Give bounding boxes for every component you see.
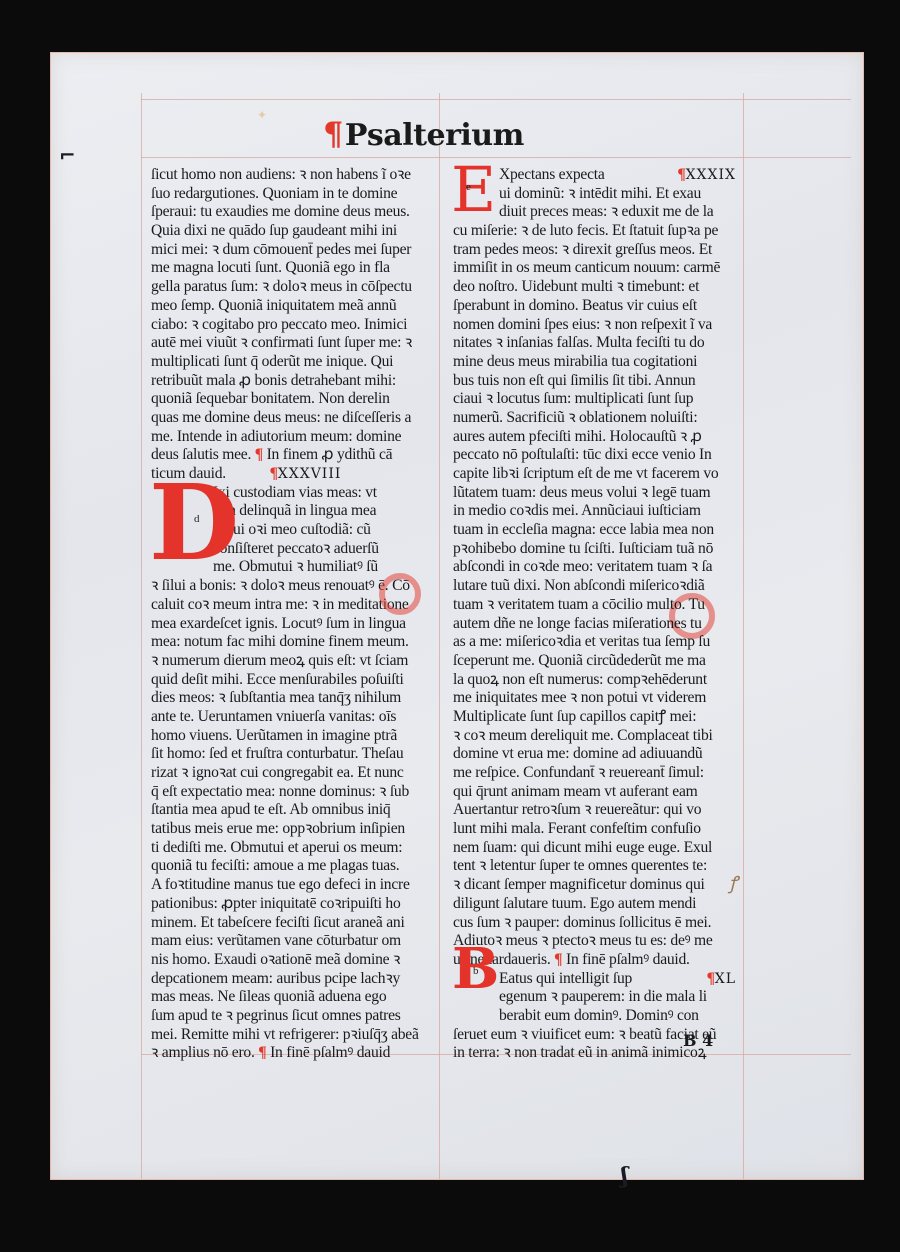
text-line: A foꝛtitudine manus tue ego defeci in in… bbox=[151, 876, 434, 895]
pilcrow-icon: ¶ bbox=[258, 1044, 266, 1061]
pilcrow-icon: ¶ bbox=[270, 465, 278, 482]
text-line: ſceperunt me. Quoniã circũdederũt me ma bbox=[453, 652, 736, 671]
psalm-heading: ¶XL bbox=[707, 970, 736, 989]
text-line: nis homo. Exaudi oꝛationē meã domine ꝛ bbox=[151, 951, 434, 970]
text-line: quoniã tu feciſti: amoue a me plagas tua… bbox=[151, 857, 434, 876]
text-line: tent ꝛ letentur ſuper te omnes querentes… bbox=[453, 857, 736, 876]
text-line: nitates ꝛ inſanias falſas. Multa feciſti… bbox=[453, 334, 736, 353]
text-line: pꝛohibebo domine tu ſciſti. Iuſticiam tu… bbox=[453, 540, 736, 559]
guide-letter: d bbox=[194, 513, 200, 525]
left-text-block-bottom: ꝛ ſilui a bonis: ꝛ doloꝛ meus renouatꝰ ē… bbox=[151, 577, 434, 1044]
text-line: domine vt erua me: domine ad adiuuandũ bbox=[453, 745, 736, 764]
verse-text: Eatus qui intelligit ſup bbox=[499, 970, 632, 987]
text-line: ciaui ꝛ locutus ſum: multiplicati ſunt ſ… bbox=[453, 390, 736, 409]
text-line: autem dñe ne longe facias miſerationes t… bbox=[453, 615, 736, 634]
text-line: nem ſuam: qui dicunt mihi euge euge. Exu… bbox=[453, 839, 736, 858]
decorated-initial-e: E bbox=[451, 159, 496, 221]
text-line: retribuũt mala ꝓ bonis detrahebant mihi: bbox=[151, 372, 434, 391]
margin-annotation: ꝭ bbox=[729, 871, 738, 895]
text-line: numerũ. Sacrificiũ ꝛ oblationem noluiſti… bbox=[453, 409, 736, 428]
left-column: ſicut homo non audiens: ꝛ non habens ĩ o… bbox=[151, 166, 434, 1063]
text-line: ciabo: ꝛ cogitabo pro peccato meo. Inimi… bbox=[151, 316, 434, 335]
text-line: ſum apud te ꝛ pegrinus ſicut omnes patre… bbox=[151, 1007, 434, 1026]
text-line: quoniã ſequebar bonitatem. Non derelin bbox=[151, 390, 434, 409]
text-line: tatibus meis erue me: oppꝛobrium inſipie… bbox=[151, 820, 434, 839]
red-ink-stain bbox=[379, 573, 421, 615]
text-line: in medio coꝛdis mei. Annũciaui iuſticiam bbox=[453, 502, 736, 521]
text-line: qui q̄runt animam meam vt auferant eam bbox=[453, 783, 736, 802]
text-line: me iniquitates mee ꝛ non potui vt videre… bbox=[453, 689, 736, 708]
text-line: multiplicati ſunt q̄ oderũt me inique. Q… bbox=[151, 353, 434, 372]
pilcrow-icon: ¶ bbox=[255, 446, 263, 463]
page-title: ¶Psalterium bbox=[323, 115, 524, 153]
text-line: lũtatem tuam: deus meus volui ꝛ legē tua… bbox=[453, 484, 736, 503]
text-line: Quia dixi ne quādo ſup gaudeant mihi ini bbox=[151, 222, 434, 241]
text-line: mea exardeſcet ignis. Locutꝰ ſum in ling… bbox=[151, 615, 434, 634]
text-line: quid deſit mihi. Ecce menſurabiles poſui… bbox=[151, 671, 434, 690]
ruling-line-left bbox=[141, 93, 142, 1179]
text-line: me reſpice. Confundant̄ ꝛ reuereant̄ ſim… bbox=[453, 764, 736, 783]
text-line: dies meos: ꝛ ſubſtantia mea tanq̄ʒ nihil… bbox=[151, 689, 434, 708]
text-line: q̄ eſt expectatio mea: nonne dominus: ꝛ … bbox=[151, 783, 434, 802]
text-line: mici mei: ꝛ dum cōmouent̄ pedes mei ſupe… bbox=[151, 241, 434, 260]
text-line: me. Intende in adiutorium meum: domine bbox=[151, 428, 434, 447]
rubric-heading: In finē pſalmꝰ dauid bbox=[270, 1044, 390, 1061]
stray-ink-mark: ʃ bbox=[621, 1163, 628, 1189]
text-line: bus tuis non eſt qui ſimilis ſit tibi. A… bbox=[453, 372, 736, 391]
rubric-heading: In finē pſalmꝰ dauid. bbox=[566, 951, 690, 968]
ruling-line-gutter bbox=[439, 93, 440, 1179]
text-line: gella paratus ſum: ꝛ doloꝛ meus in cōſpe… bbox=[151, 278, 434, 297]
text-line: mam eius: verũtamen vane cōturbatur om bbox=[151, 932, 434, 951]
text-line: homo viuens. Uerũtamen in imagine ptrã bbox=[151, 727, 434, 746]
ruling-line-top bbox=[141, 99, 851, 100]
text-line: ti dediſti me. Obmutui et aperui os meum… bbox=[151, 839, 434, 858]
text-line: capite libꝛi ſcriptum eſt de me vt facer… bbox=[453, 465, 736, 484]
title-text: Psalterium bbox=[345, 118, 524, 153]
text-line: lunt mihi mala. Ferant confeſtim confuſi… bbox=[453, 820, 736, 839]
text-line: aures autem pfeciſti mihi. Holocauſtũ ꝛ … bbox=[453, 428, 736, 447]
text-line: Auertantur retroꝛſum ꝛ reuereãtur: qui v… bbox=[453, 801, 736, 820]
text-line: tuam ꝛ veritatem tuam a cōcilio multo. T… bbox=[453, 596, 736, 615]
text-line: Multiplicate ſunt ſup capillos capitꝭ me… bbox=[453, 708, 736, 727]
header-ornament: ✦ bbox=[257, 108, 267, 122]
guide-letter: b bbox=[473, 965, 479, 977]
signature-mark: B 4 bbox=[683, 1031, 713, 1050]
text-line: autē mei viuũt ꝛ confirmati ſunt ſuper m… bbox=[151, 334, 434, 353]
stray-ink-mark: ⌐ bbox=[59, 143, 76, 167]
text-line: peccato nō poſtulaſti: tūc dixi ecce ven… bbox=[453, 446, 736, 465]
pilcrow-icon: ¶ bbox=[554, 951, 562, 968]
text-line: pationibus: ꝓpter iniquitatē coꝛripuiſti… bbox=[151, 895, 434, 914]
pilcrow-icon: ¶ bbox=[677, 166, 685, 183]
text-line: ꝛ amplius nō ero. ¶ In finē pſalmꝰ dauid bbox=[151, 1044, 434, 1063]
psalm-heading: ¶XXXIX bbox=[677, 166, 736, 185]
text-line: ſicut homo non audiens: ꝛ non habens ĩ o… bbox=[151, 166, 434, 185]
pilcrow-icon: ¶ bbox=[323, 115, 343, 153]
text-line: nomen domini ſpes eius: ꝛ non reſpexit ĩ… bbox=[453, 316, 736, 335]
text-line: ſperabunt in domino. Beatus vir cuius eſ… bbox=[453, 297, 736, 316]
text-line: ſit homo: ſed et fruſtra conturbatur. Th… bbox=[151, 745, 434, 764]
text-line: as a me: miſericoꝛdia et veritas tua ſem… bbox=[453, 633, 736, 652]
text-line: minem. Et tabeſcere feciſti ſicut araneã… bbox=[151, 914, 434, 933]
text-line: immiſit in os meum canticum nouum: carmē bbox=[453, 259, 736, 278]
pilcrow-icon: ¶ bbox=[707, 970, 715, 987]
psalm-number: XL bbox=[715, 971, 736, 987]
text-line: deo noſtro. Uidebunt multi ꝛ timebunt: e… bbox=[453, 278, 736, 297]
text-line: ꝛ dicant ſemper magnificetur dominus qui bbox=[453, 876, 736, 895]
manuscript-leaf: ✦ ⌐ ʃ ¶Psalterium ſicut homo non audiens… bbox=[50, 52, 864, 1180]
text-line: meo ſemp. Quoniã iniquitatem meã annũ bbox=[151, 297, 434, 316]
psalm-number: XXXVIII bbox=[278, 466, 342, 482]
text-line: lutare tuũ dixi. Non abſcondi miſericoꝛd… bbox=[453, 577, 736, 596]
guide-letter: e bbox=[466, 181, 471, 193]
verse-text: ꝛ amplius nō ero. bbox=[151, 1044, 255, 1061]
text-line: quas me domine deus meus: ne diſceſſeris… bbox=[151, 409, 434, 428]
text-line: diligunt ſalutare tuum. Ego autem mendi bbox=[453, 895, 736, 914]
text-line: ſuo redargutiones. Quoniam in te domine bbox=[151, 185, 434, 204]
text-line: depcationem meam: auribus pcipe lachꝛy bbox=[151, 970, 434, 989]
left-text-block-top: ſicut homo non audiens: ꝛ non habens ĩ o… bbox=[151, 166, 434, 446]
text-line: cus ſum ꝛ pauper: dominus ſollicitus ē m… bbox=[453, 914, 736, 933]
psalm-number: XXXIX bbox=[686, 167, 736, 183]
right-column: Xpectans expecta ¶XXXIX ui dominũ: ꝛ int… bbox=[453, 166, 736, 1063]
ruling-line-right bbox=[743, 93, 744, 1179]
text-line: ꝛ numerum dierum meoꝝ quis eſt: vt ſciam bbox=[151, 652, 434, 671]
text-line: me magna locuti ſunt. Quoniã ego in fla bbox=[151, 259, 434, 278]
text-line: ſtantia mea apud te eſt. Ab omnibus iniq… bbox=[151, 801, 434, 820]
text-line: la quoꝝ non eſt numerus: compꝛehēderunt bbox=[453, 671, 736, 690]
text-line: tuam in eccleſia magna: ecce labia mea n… bbox=[453, 521, 736, 540]
text-line: mei. Remitte mihi vt refrigerer: pꝛiuſq̄… bbox=[151, 1026, 434, 1045]
text-line: ante te. Ueruntamen vniuerſa vanitas: oī… bbox=[151, 708, 434, 727]
right-text-block: cu miſerie: ꝛ de luto fecis. Et ſtatuit … bbox=[453, 222, 736, 951]
text-line: rizat ꝛ ignoꝛat cui congregabit ea. Et n… bbox=[151, 764, 434, 783]
verse-text: Xpectans expecta bbox=[499, 166, 605, 183]
text-line: mas meas. Ne ſileas quoniã aduena ego bbox=[151, 988, 434, 1007]
rubric-heading: In finem ꝓ ydithũ cā bbox=[267, 446, 393, 463]
text-line: ꝛ coꝛ meum dereliquit me. Complaceat tib… bbox=[453, 727, 736, 746]
text-line: abſcondi in coꝛde meo: veritatem tuam ꝛ … bbox=[453, 558, 736, 577]
text-line: mine deus meus mirabilia tua cogitationi bbox=[453, 353, 736, 372]
text-line: ſperaui: tu exaudies me domine deus meus… bbox=[151, 203, 434, 222]
text-line: tram pedes meos: ꝛ direxit greſſus meos.… bbox=[453, 241, 736, 260]
text-line: berabit eum dominꝰ. Dominꝰ con bbox=[453, 1007, 736, 1026]
text-line: mea: notum fac mihi domine finem meum. bbox=[151, 633, 434, 652]
